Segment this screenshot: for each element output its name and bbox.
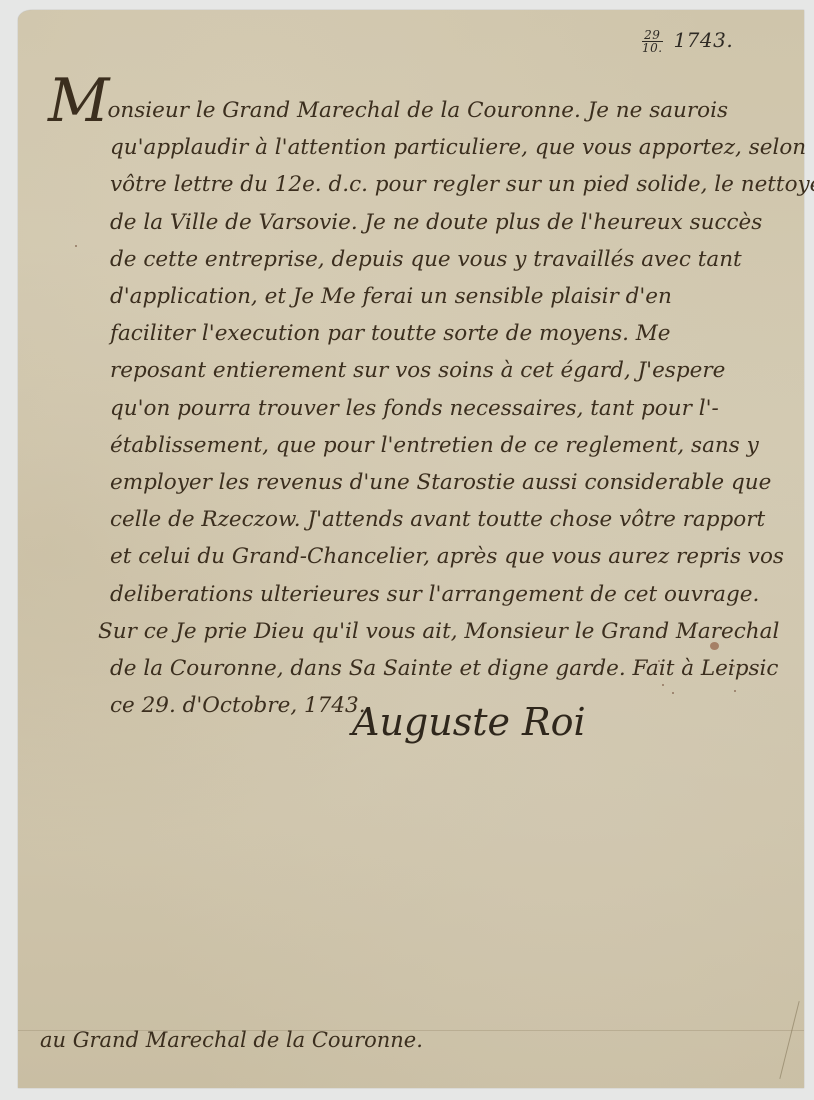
dropcap-initial: M bbox=[48, 66, 107, 136]
royal-signature: Auguste Roi bbox=[352, 700, 586, 744]
ink-stain bbox=[710, 642, 719, 650]
letter-line: d'application, et Je Me ferai un sensibl… bbox=[48, 278, 796, 315]
letter-line: Monsieur le Grand Marechal de la Couronn… bbox=[48, 86, 796, 129]
letter-line: deliberations ulterieures sur l'arrangem… bbox=[48, 576, 796, 613]
ink-speck bbox=[658, 660, 660, 662]
archival-docket-date: 29 10. 1743. bbox=[642, 28, 733, 54]
letter-line: qu'applaudir à l'attention particuliere,… bbox=[48, 129, 796, 166]
paper-tear-mark bbox=[779, 1001, 799, 1079]
letter-line: celle de Rzeczow. J'attends avant toutte… bbox=[48, 501, 796, 538]
letter-line: faciliter l'execution par toutte sorte d… bbox=[48, 315, 796, 352]
recipient-address: au Grand Marechal de la Couronne. bbox=[40, 1028, 423, 1052]
closing-line: Sur ce Je prie Dieu qu'il vous ait, Mons… bbox=[48, 613, 796, 650]
letter-line: vôtre lettre du 12e. d.c. pour regler su… bbox=[48, 166, 796, 203]
letter-line: reposant entierement sur vos soins à cet… bbox=[48, 352, 796, 389]
ink-speck bbox=[660, 672, 662, 674]
letter-body: Monsieur le Grand Marechal de la Couronn… bbox=[48, 86, 796, 724]
letter-line: de cette entreprise, depuis que vous y t… bbox=[48, 241, 796, 278]
docket-fraction: 29 10. bbox=[642, 29, 663, 54]
docket-month: 10. bbox=[642, 42, 663, 54]
ink-speck bbox=[733, 665, 735, 667]
letter-line: qu'on pourra trouver les fonds necessair… bbox=[48, 390, 796, 427]
docket-year: 1743. bbox=[673, 28, 733, 52]
ink-speck bbox=[662, 684, 664, 686]
letter-line: employer les revenus d'une Starostie aus… bbox=[48, 464, 796, 501]
closing-line: de la Couronne, dans Sa Sainte et digne … bbox=[48, 650, 796, 687]
letter-line: de la Ville de Varsovie. Je ne doute plu… bbox=[48, 204, 796, 241]
ink-speck bbox=[75, 245, 77, 247]
letter-line: établissement, que pour l'entretien de c… bbox=[48, 427, 796, 464]
ink-speck bbox=[734, 690, 736, 692]
letter-line: et celui du Grand-Chancelier, après que … bbox=[48, 538, 796, 575]
ink-speck bbox=[672, 692, 674, 694]
